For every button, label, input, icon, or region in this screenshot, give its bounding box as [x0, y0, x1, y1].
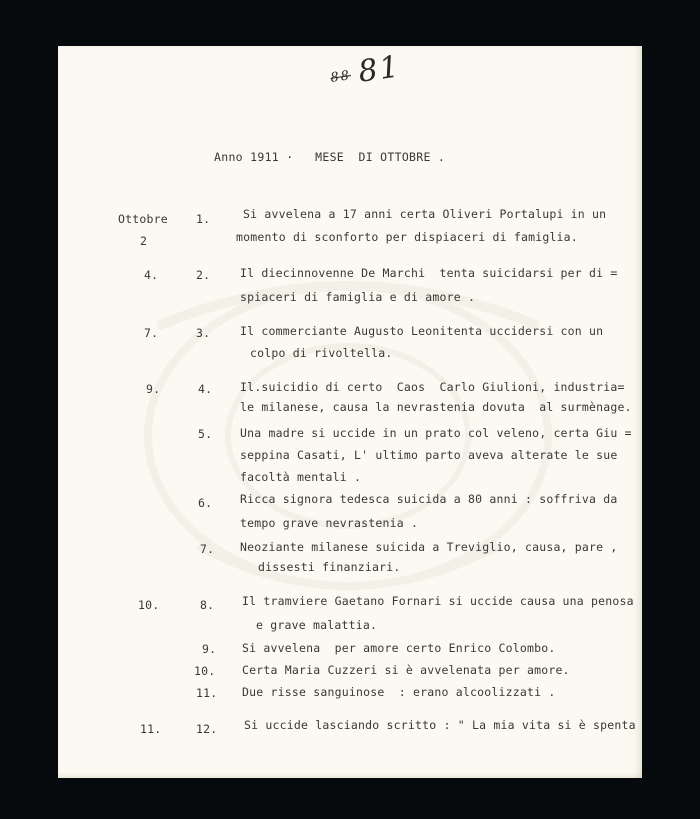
entry-text: Certa Maria Cuzzeri si è avvelenata per … — [242, 663, 570, 677]
entry-number: 11. — [196, 686, 217, 700]
entry-number: 3. — [196, 326, 210, 340]
entry-text: facoltà mentali . — [240, 470, 361, 484]
entry-date: 2 — [140, 234, 147, 248]
entry-text: Si uccide lasciando scritto : " La mia v… — [244, 718, 636, 732]
entry-text: Ricca signora tedesca suicida a 80 anni … — [240, 492, 618, 506]
entry-text: Una madre si uccide in un prato col vele… — [240, 426, 632, 440]
entry-text: colpo di rivoltella. — [250, 346, 392, 360]
entry-number: 2. — [196, 268, 210, 282]
entry-date: 10. — [138, 598, 159, 612]
entry-number: 7. — [200, 542, 214, 556]
entry-text: Due risse sanguinose : erano alcoolizzat… — [242, 685, 555, 699]
entry-text: Neoziante milanese suicida a Treviglio, … — [240, 540, 618, 554]
entry-date: 4. — [144, 268, 158, 282]
entry-text: le milanese, causa la nevrastenia dovuta… — [240, 400, 632, 414]
entry-text: dissesti finanziari. — [258, 560, 400, 574]
folio-struck: 88 — [330, 68, 352, 86]
entry-date: 9. — [146, 382, 160, 396]
entry-date: 7. — [144, 326, 158, 340]
entry-text: Il tramviere Gaetano Fornari si uccide c… — [242, 594, 634, 608]
document-page: 8881 Anno 1911 · MESE DI OTTOBRE . Ottob… — [58, 46, 642, 778]
entry-number: 1. — [196, 212, 210, 226]
folio-number: 8881 — [328, 49, 403, 94]
entry-date: 11. — [140, 722, 161, 736]
folio-mark: 81 — [356, 49, 403, 90]
entry-number: 6. — [198, 496, 212, 510]
entry-number: 8. — [200, 598, 214, 612]
entry-text: momento di sconforto per dispiaceri di f… — [236, 230, 578, 244]
entry-date: Ottobre — [118, 212, 168, 226]
entry-number: 4. — [198, 382, 212, 396]
page-heading: Anno 1911 · MESE DI OTTOBRE . — [214, 150, 445, 164]
entry-text: spiaceri di famiglia e di amore . — [240, 290, 475, 304]
entry-number: 12. — [196, 722, 217, 736]
entry-number: 5. — [198, 427, 212, 441]
entry-text: e grave malattia. — [256, 618, 377, 632]
entry-text: Il.suicidio di certo Caos Carlo Giulioni… — [240, 380, 625, 394]
entry-number: 10. — [194, 664, 215, 678]
entry-text: Il commerciante Augusto Leonitenta uccid… — [240, 324, 603, 338]
entry-text: Si avvelena a 17 anni certa Oliveri Port… — [243, 207, 606, 221]
entry-text: seppina Casati, L' ultimo parto aveva al… — [240, 448, 618, 462]
entry-text: Si avvelena per amore certo Enrico Colom… — [242, 641, 555, 655]
entry-number: 9. — [202, 642, 216, 656]
entry-text: tempo grave nevrastenia . — [240, 516, 418, 530]
entry-text: Il diecinnovenne De Marchi tenta suicida… — [240, 266, 618, 280]
